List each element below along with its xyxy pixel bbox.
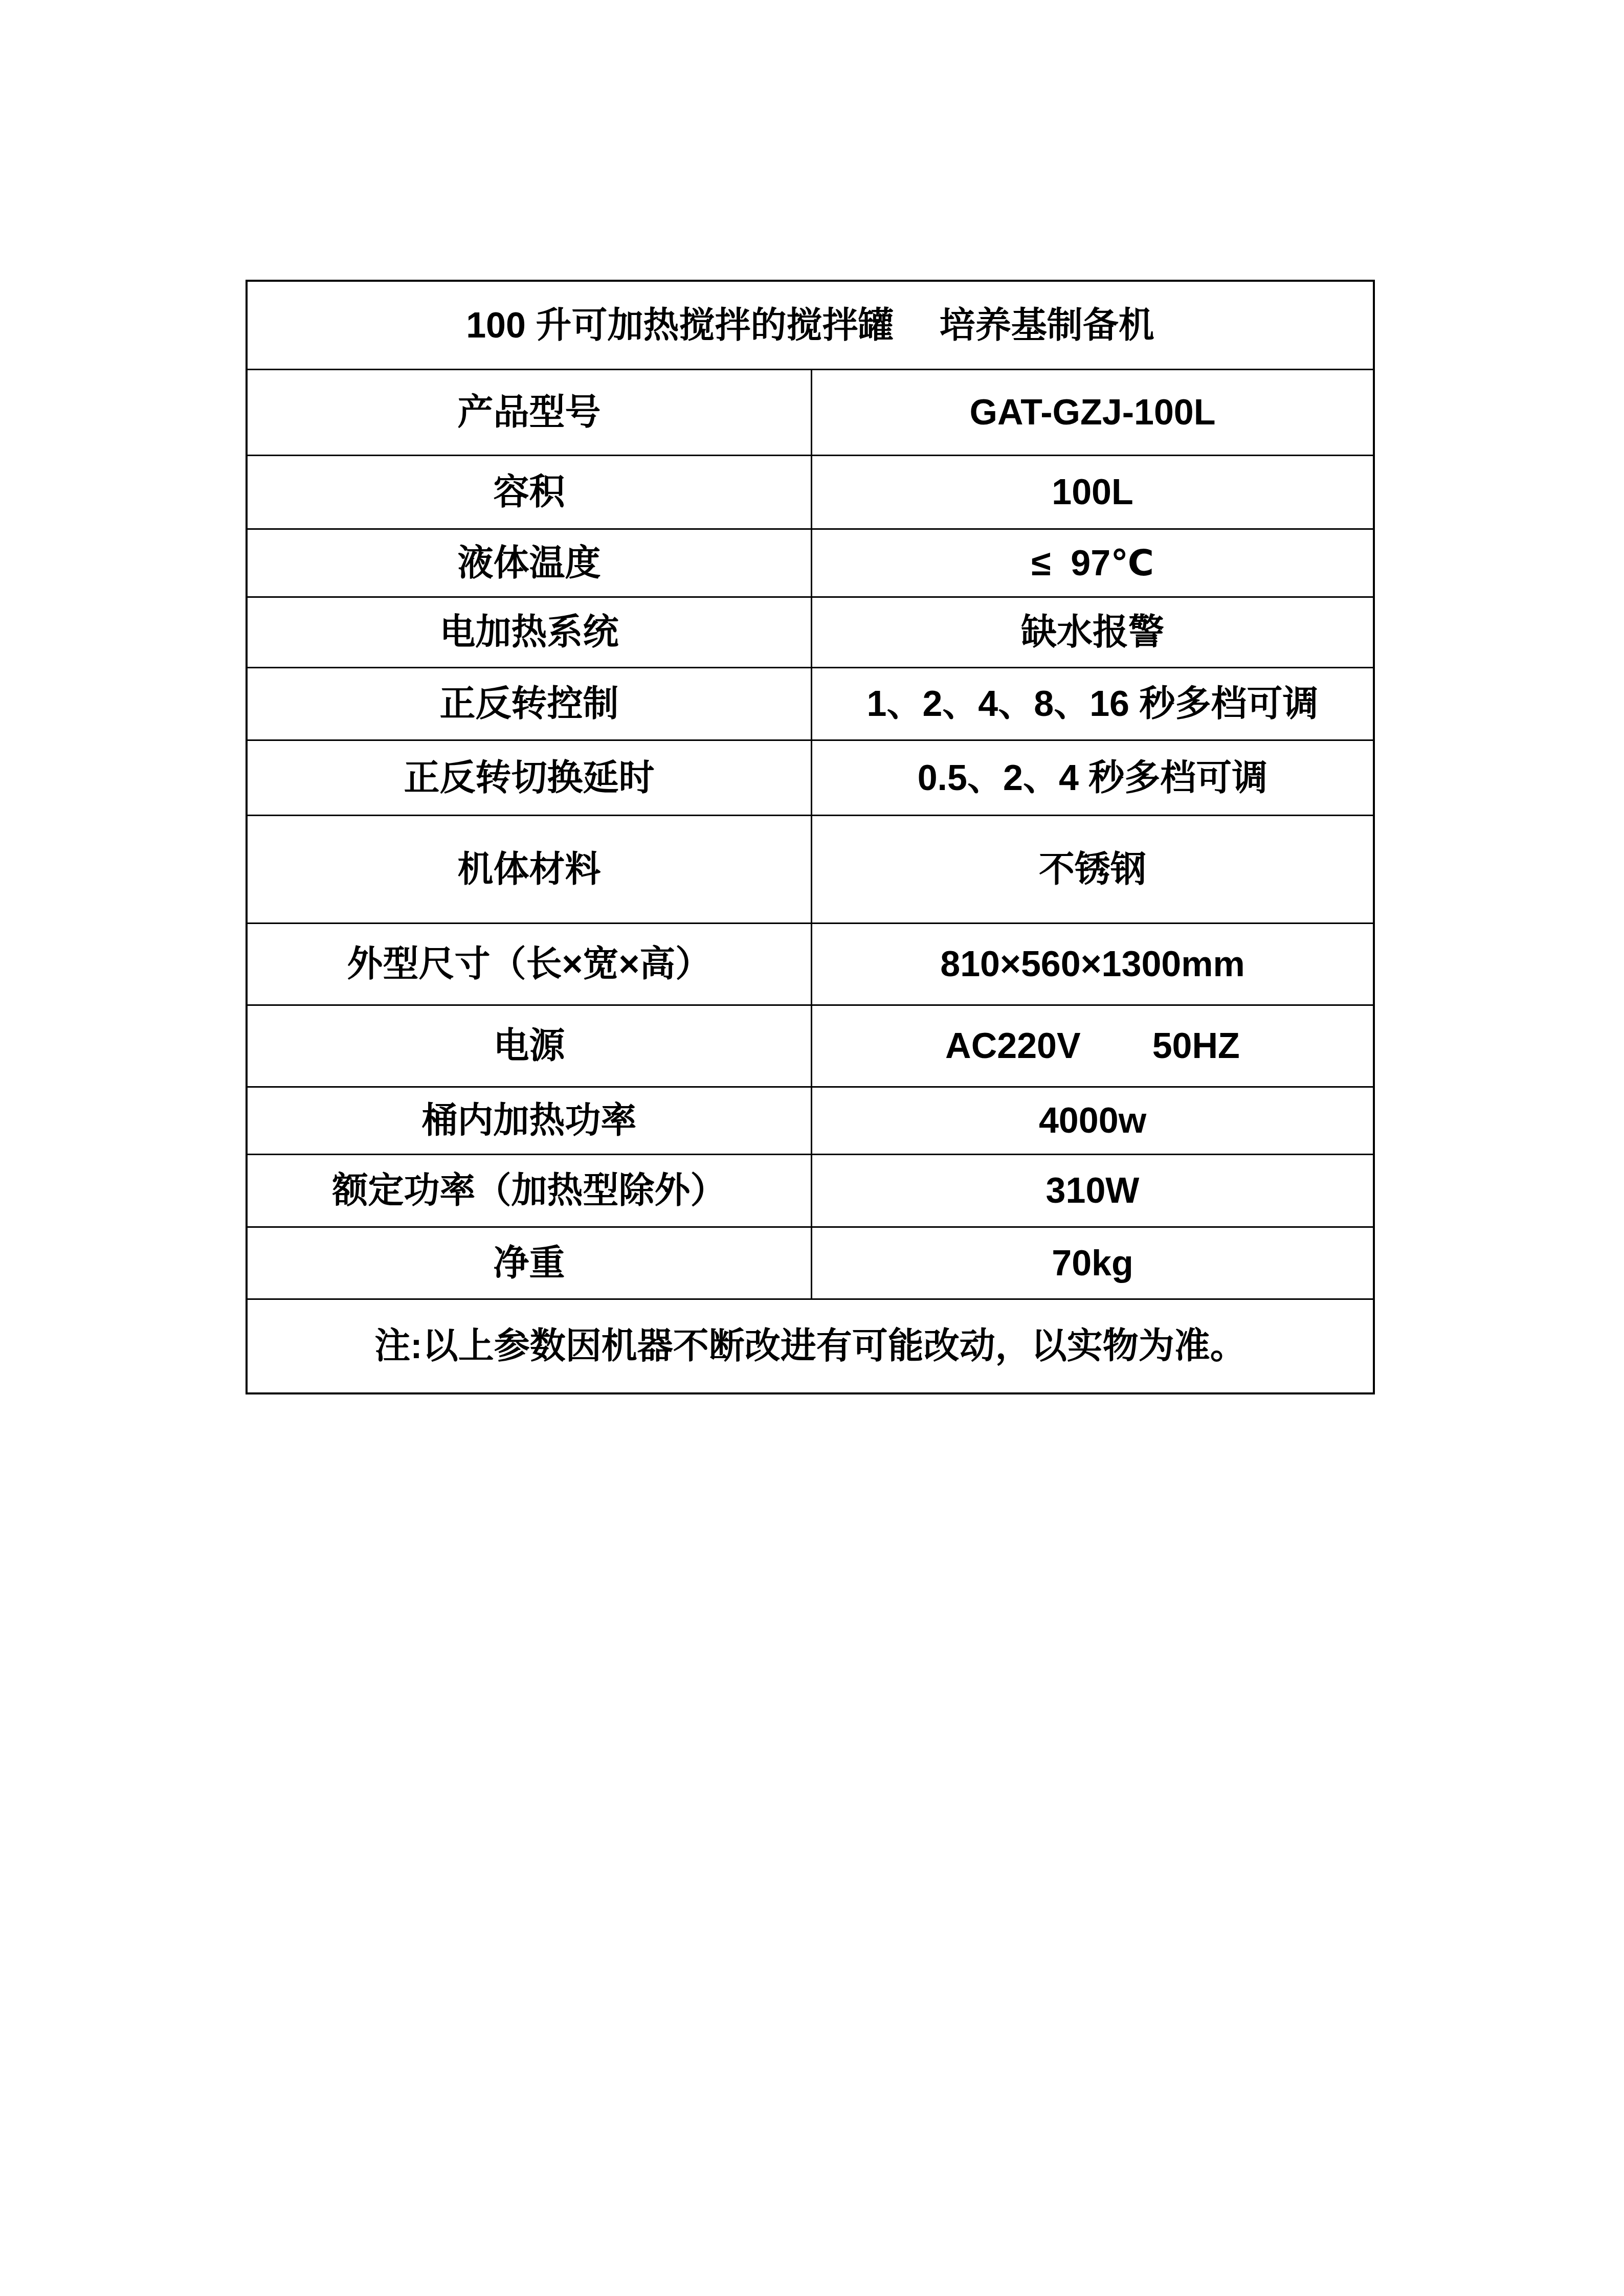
table-row: 电源 AC220V 50HZ (248, 1004, 1373, 1086)
row-label-power-supply: 电源 (248, 1006, 812, 1086)
row-value-liquid-temperature: ≤ 97℃ (812, 530, 1373, 596)
table-row: 正反转控制 1、2、4、8、16 秒多档可调 (248, 667, 1373, 739)
row-value-electric-heating-system: 缺水报警 (812, 598, 1373, 667)
row-label-capacity: 容积 (248, 456, 812, 528)
table-row: 额定功率（加热型除外） 310W (248, 1154, 1373, 1226)
table-row: 正反转切换延时 0.5、2、4 秒多档可调 (248, 739, 1373, 815)
row-label-forward-reverse-control: 正反转控制 (248, 668, 812, 739)
row-label-product-model: 产品型号 (248, 370, 812, 455)
table-title-row: 100 升可加热搅拌的搅拌罐 培养基制备机 (248, 282, 1373, 369)
table-row: 机体材料 不锈钢 (248, 815, 1373, 922)
table-note-row: 注:以上参数因机器不断改进有可能改动，以实物为准。 (248, 1298, 1373, 1392)
document-page: 100 升可加热搅拌的搅拌罐 培养基制备机 产品型号 GAT-GZJ-100L … (0, 0, 1624, 2296)
row-value-dimensions: 810×560×1300mm (812, 924, 1373, 1004)
row-value-net-weight: 70kg (812, 1228, 1373, 1298)
table-row: 容积 100L (248, 455, 1373, 528)
table-title: 100 升可加热搅拌的搅拌罐 培养基制备机 (248, 282, 1373, 369)
row-value-rated-power: 310W (812, 1155, 1373, 1226)
row-label-liquid-temperature: 液体温度 (248, 530, 812, 596)
row-value-capacity: 100L (812, 456, 1373, 528)
product-spec-table: 100 升可加热搅拌的搅拌罐 培养基制备机 产品型号 GAT-GZJ-100L … (246, 280, 1375, 1394)
row-value-product-model: GAT-GZJ-100L (812, 370, 1373, 455)
row-value-power-supply: AC220V 50HZ (812, 1006, 1373, 1086)
row-value-barrel-heating-power: 4000w (812, 1088, 1373, 1154)
table-row: 桶内加热功率 4000w (248, 1086, 1373, 1154)
row-value-switch-delay: 0.5、2、4 秒多档可调 (812, 741, 1373, 815)
table-row: 外型尺寸（长×宽×高） 810×560×1300mm (248, 922, 1373, 1004)
table-row: 净重 70kg (248, 1226, 1373, 1298)
row-label-dimensions: 外型尺寸（长×宽×高） (248, 924, 812, 1004)
row-label-body-material: 机体材料 (248, 816, 812, 922)
row-value-forward-reverse-control: 1、2、4、8、16 秒多档可调 (812, 668, 1373, 739)
table-row: 电加热系统 缺水报警 (248, 596, 1373, 667)
table-row: 液体温度 ≤ 97℃ (248, 528, 1373, 596)
row-label-switch-delay: 正反转切换延时 (248, 741, 812, 815)
row-label-net-weight: 净重 (248, 1228, 812, 1298)
row-label-rated-power: 额定功率（加热型除外） (248, 1155, 812, 1226)
table-note: 注:以上参数因机器不断改进有可能改动，以实物为准。 (248, 1300, 1373, 1392)
row-value-body-material: 不锈钢 (812, 816, 1373, 922)
row-label-electric-heating-system: 电加热系统 (248, 598, 812, 667)
table-row: 产品型号 GAT-GZJ-100L (248, 369, 1373, 455)
row-label-barrel-heating-power: 桶内加热功率 (248, 1088, 812, 1154)
